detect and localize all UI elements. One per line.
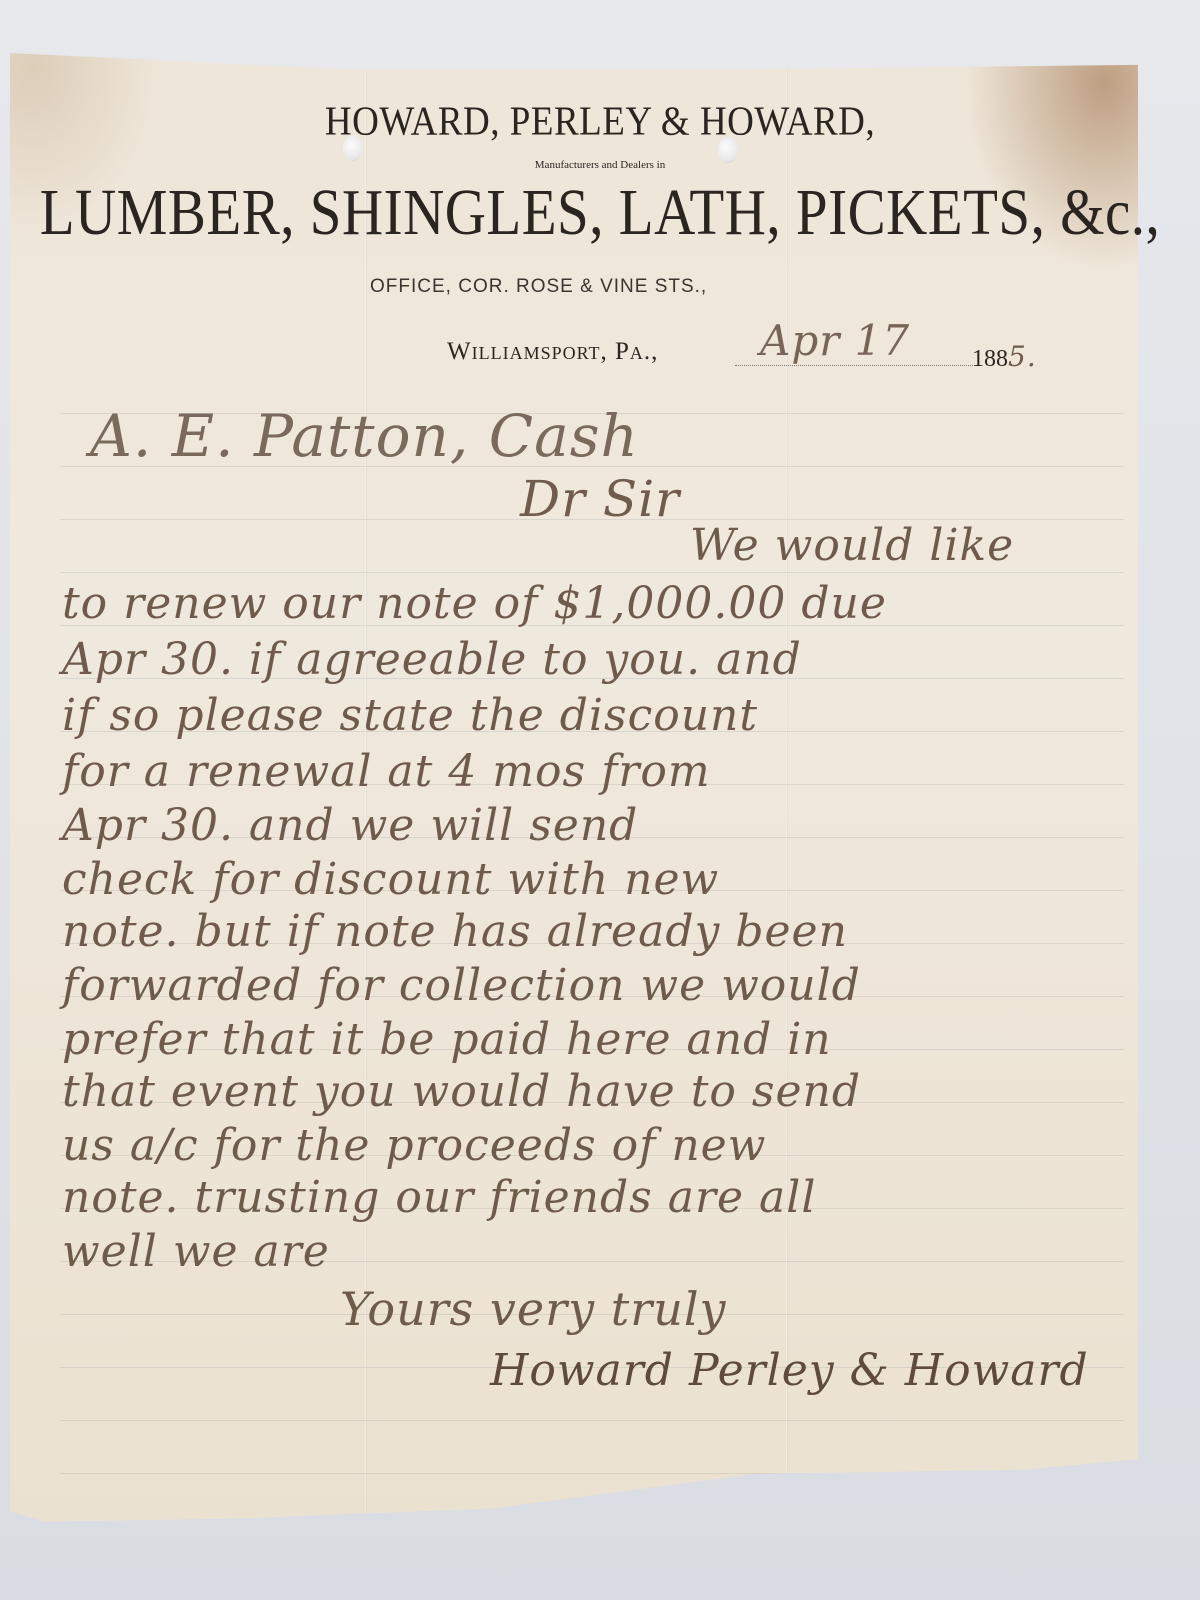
firm-name: HOWARD, PERLEY & HOWARD, <box>0 97 1200 145</box>
signature: Howard Perley & Howard <box>490 1345 1089 1396</box>
year-prefix: 188 <box>972 346 1008 372</box>
year-handwritten-digit: 5. <box>1008 340 1037 373</box>
body-line: well we are <box>62 1226 330 1277</box>
ruled-line <box>60 1420 1124 1421</box>
body-line: us a/c for the proceeds of new <box>62 1120 766 1171</box>
body-line: Apr 30. and we will send <box>62 800 638 851</box>
city-line: Williamsport, Pa., <box>447 338 658 366</box>
fold-crease <box>786 53 788 1541</box>
closing: Yours very truly <box>340 1282 727 1336</box>
body-line: prefer that it be paid here and in <box>62 1014 832 1065</box>
body-line: check for discount with new <box>62 854 719 905</box>
salutation: Dr Sir <box>520 470 680 528</box>
handwritten-date: Apr 17 <box>760 316 910 365</box>
ruled-line <box>60 1473 1124 1474</box>
firm-descriptor: Manufacturers and Dealers in <box>0 159 1200 171</box>
body-line: note. trusting our friends are all <box>62 1172 816 1223</box>
body-line: Apr 30. if agreeable to you. and <box>62 634 802 685</box>
addressee: A. E. Patton, Cash <box>90 402 639 470</box>
ruled-line <box>60 572 1124 573</box>
body-line: that event you would have to send <box>62 1066 861 1117</box>
body-line: for a renewal at 4 mos from <box>62 746 711 797</box>
body-line: if so please state the discount <box>62 690 758 741</box>
body-line: note. but if note has already been <box>62 906 848 957</box>
body-line: to renew our note of $1,000.00 due <box>62 578 887 629</box>
office-address: OFFICE, COR. ROSE & VINE STS., <box>370 276 707 298</box>
goods-heading: LUMBER, SHINGLES, LATH, PICKETS, &c., <box>0 175 1200 250</box>
printed-year: 1885. <box>972 340 1037 373</box>
date-blank-line <box>735 365 977 366</box>
body-line: forwarded for collection we would <box>62 960 861 1011</box>
body-line: We would like <box>690 520 1014 571</box>
